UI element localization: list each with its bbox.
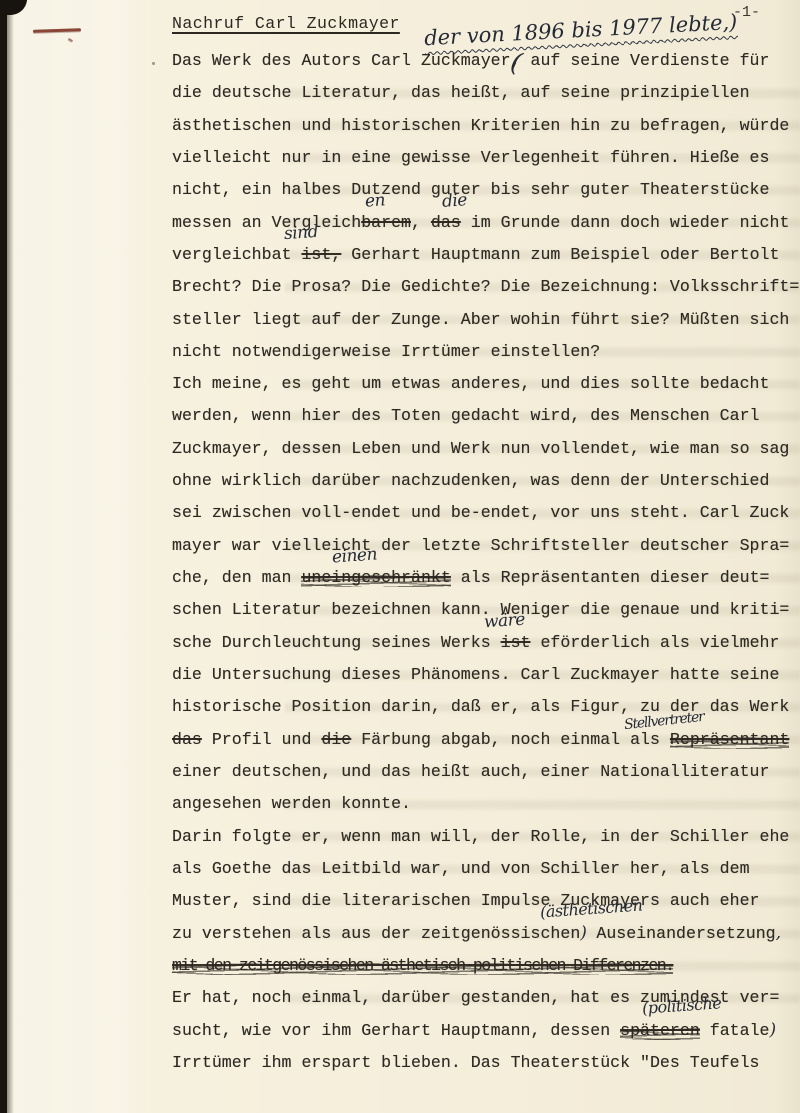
typed-line: che, den man uneingeschränkt als Repräse… (172, 562, 800, 594)
typed-text: Brecht? Die Prosa? Die Gedichte? Die Bez… (172, 277, 799, 296)
typed-line: die Untersuchung dieses Phänomens. Carl … (172, 659, 800, 691)
typed-line: messen an Vergleichbarem, das im Grunde … (172, 207, 800, 239)
typed-line: Muster, sind die literarischen Impulse Z… (172, 885, 800, 917)
typed-line: nicht, ein halbes Dutzend guter bis sehr… (172, 174, 800, 206)
typed-line: vielleicht nur in eine gewisse Verlegenh… (172, 142, 800, 174)
typed-line: sei zwischen voll-endet und be-endet, vo… (172, 497, 800, 529)
typed-text: im Grunde dann doch wieder nicht (461, 213, 790, 232)
typed-text: als Repräsentanten dieser deut= (451, 568, 770, 587)
typed-line: ohne wirklich darüber nachzudenken, was … (172, 465, 800, 497)
struck-text: ist, (301, 245, 341, 264)
typed-text: sche Durchleuchtung seines Werks (172, 633, 501, 652)
struck-text: die (321, 730, 351, 749)
paper-light-strip (12, 0, 157, 1113)
typed-line: Brecht? Die Prosa? Die Gedichte? Die Bez… (172, 271, 800, 303)
typed-text: che, den man (172, 568, 301, 587)
typed-text: messen an Vergleich (172, 213, 361, 232)
typed-text: angesehen werden konnte. (172, 794, 411, 813)
struck-text: Repräsentant (670, 730, 790, 749)
typed-line: zu verstehen als aus der zeitgenössische… (172, 917, 800, 949)
typed-text: , (411, 213, 431, 232)
typed-text: Muster, sind die literarischen Impulse Z… (172, 891, 760, 910)
typed-text: Gerhart Hauptmann zum Beispiel oder Bert… (341, 245, 779, 264)
typed-line: Das Werk des Autors Carl Zuckmayer, auf … (172, 45, 800, 77)
typed-text: Auseinandersetzung (586, 924, 775, 943)
typed-text: Profil und (202, 730, 322, 749)
struck-text: das (172, 730, 202, 749)
typed-line: ästhetischen und historischen Kriterien … (172, 110, 800, 142)
typed-text: Irrtümer ihm erspart blieben. Das Theate… (172, 1053, 760, 1072)
typed-line: Irrtümer ihm erspart blieben. Das Theate… (172, 1047, 800, 1079)
handwritten-annotation: en (364, 192, 385, 209)
typed-line: sche Durchleuchtung seines Werks ist efö… (172, 627, 800, 659)
typed-line: historische Position darin, daß er, als … (172, 691, 800, 723)
typed-text: die Untersuchung dieses Phänomens. Carl … (172, 665, 779, 684)
struck-text: mit den zeitgenössischen ästhetisch-poli… (172, 956, 673, 975)
typed-line: mit den zeitgenössischen ästhetisch-poli… (172, 950, 800, 982)
paper-speck (152, 62, 155, 65)
typed-text: als Goethe das Leitbild war, und von Sch… (172, 859, 750, 878)
typed-text: zu verstehen als aus der zeitgenössische… (172, 924, 580, 943)
handwritten-annotation: (politische (642, 996, 722, 1017)
typed-line: Ich meine, es geht um etwas anderes, und… (172, 368, 800, 400)
typed-line: Zuckmayer, dessen Leben und Werk nun vol… (172, 433, 800, 465)
scan-edge-left (0, 0, 7, 1113)
struck-text: späteren (620, 1021, 700, 1040)
typed-text: Darin folgte er, wenn man will, der Roll… (172, 827, 789, 846)
typed-lines: Das Werk des Autors Carl Zuckmayer, auf … (172, 45, 800, 1079)
typed-line: nicht notwendigerweise Irrtümer einstell… (172, 336, 800, 368)
typed-line: angesehen werden konnte. (172, 788, 800, 820)
scan-edge-shadow (7, 0, 14, 1113)
handwritten-annotation: einen (331, 546, 377, 565)
typed-text: werden, wenn hier des Toten gedacht wird… (172, 406, 760, 425)
typed-text: sei zwischen voll-endet und be-endet, vo… (172, 503, 789, 522)
struck-text: ist (501, 633, 531, 652)
typed-line: einer deutschen, und das heißt auch, ein… (172, 756, 800, 788)
typed-line: das Profil und die Färbung abgab, noch e… (172, 724, 800, 756)
typed-text: nicht notwendigerweise Irrtümer einstell… (172, 342, 600, 361)
typed-line: die deutsche Literatur, das heißt, auf s… (172, 77, 800, 109)
typed-text: Färbung abgab, noch einmal als (351, 730, 670, 749)
typed-text: die deutsche Literatur, das heißt, auf s… (172, 83, 750, 102)
struck-text: barem (361, 213, 411, 232)
typed-text: ästhetischen und historischen Kriterien … (172, 116, 789, 135)
typed-line: mayer war vielleicht der letzte Schrifts… (172, 530, 800, 562)
typed-line: als Goethe das Leitbild war, und von Sch… (172, 853, 800, 885)
typed-text: Zuckmayer, dessen Leben und Werk nun vol… (172, 439, 789, 458)
typed-text: vielleicht nur in eine gewisse Verlegenh… (172, 148, 769, 167)
struck-text: uneingeschränkt (301, 568, 450, 587)
typed-line: werden, wenn hier des Toten gedacht wird… (172, 400, 800, 432)
struck-text: das (431, 213, 461, 232)
handwritten-inline: , (776, 923, 781, 943)
handwritten-annotation: die (441, 192, 467, 210)
typed-text: eförderlich als vielmehr (531, 633, 780, 652)
typed-line: vergleichbat ist, Gerhart Hauptmann zum … (172, 239, 800, 271)
typed-text: schen Literatur bezeichnen kann. Weniger… (172, 600, 789, 619)
page-title: Nachruf Carl Zuckmayer (172, 14, 400, 33)
typed-text: Ich meine, es geht um etwas anderes, und… (172, 374, 769, 393)
handwritten-annotation: (ästhetischen (540, 898, 643, 921)
typed-text: ohne wirklich darüber nachzudenken, was … (172, 471, 769, 490)
typed-text: einer deutschen, und das heißt auch, ein… (172, 762, 769, 781)
typed-text: sucht, wie vor ihm Gerhart Hauptmann, de… (172, 1021, 620, 1040)
typed-text: fatale (700, 1021, 770, 1040)
typed-line: steller liegt auf der Zunge. Aber wohin … (172, 304, 800, 336)
handwritten-annotation: wäre (483, 611, 525, 630)
typed-line: sucht, wie vor ihm Gerhart Hauptmann, de… (172, 1014, 800, 1046)
handwritten-annotation: sind (283, 224, 318, 242)
typed-text: Das Werk des Autors Carl Zuckmayer, auf … (172, 51, 769, 70)
handwritten-inline: ) (770, 1020, 776, 1040)
typed-text: steller liegt auf der Zunge. Aber wohin … (172, 310, 789, 329)
typed-line: Darin folgte er, wenn man will, der Roll… (172, 821, 800, 853)
typed-text: vergleichbat (172, 245, 301, 264)
typed-text: nicht, ein halbes Dutzend guter bis sehr… (172, 180, 769, 199)
typed-text: mayer war vielleicht der letzte Schrifts… (172, 536, 789, 555)
scanned-page: Nachruf Carl Zuckmayer -1- der von 1896 … (0, 0, 800, 1113)
